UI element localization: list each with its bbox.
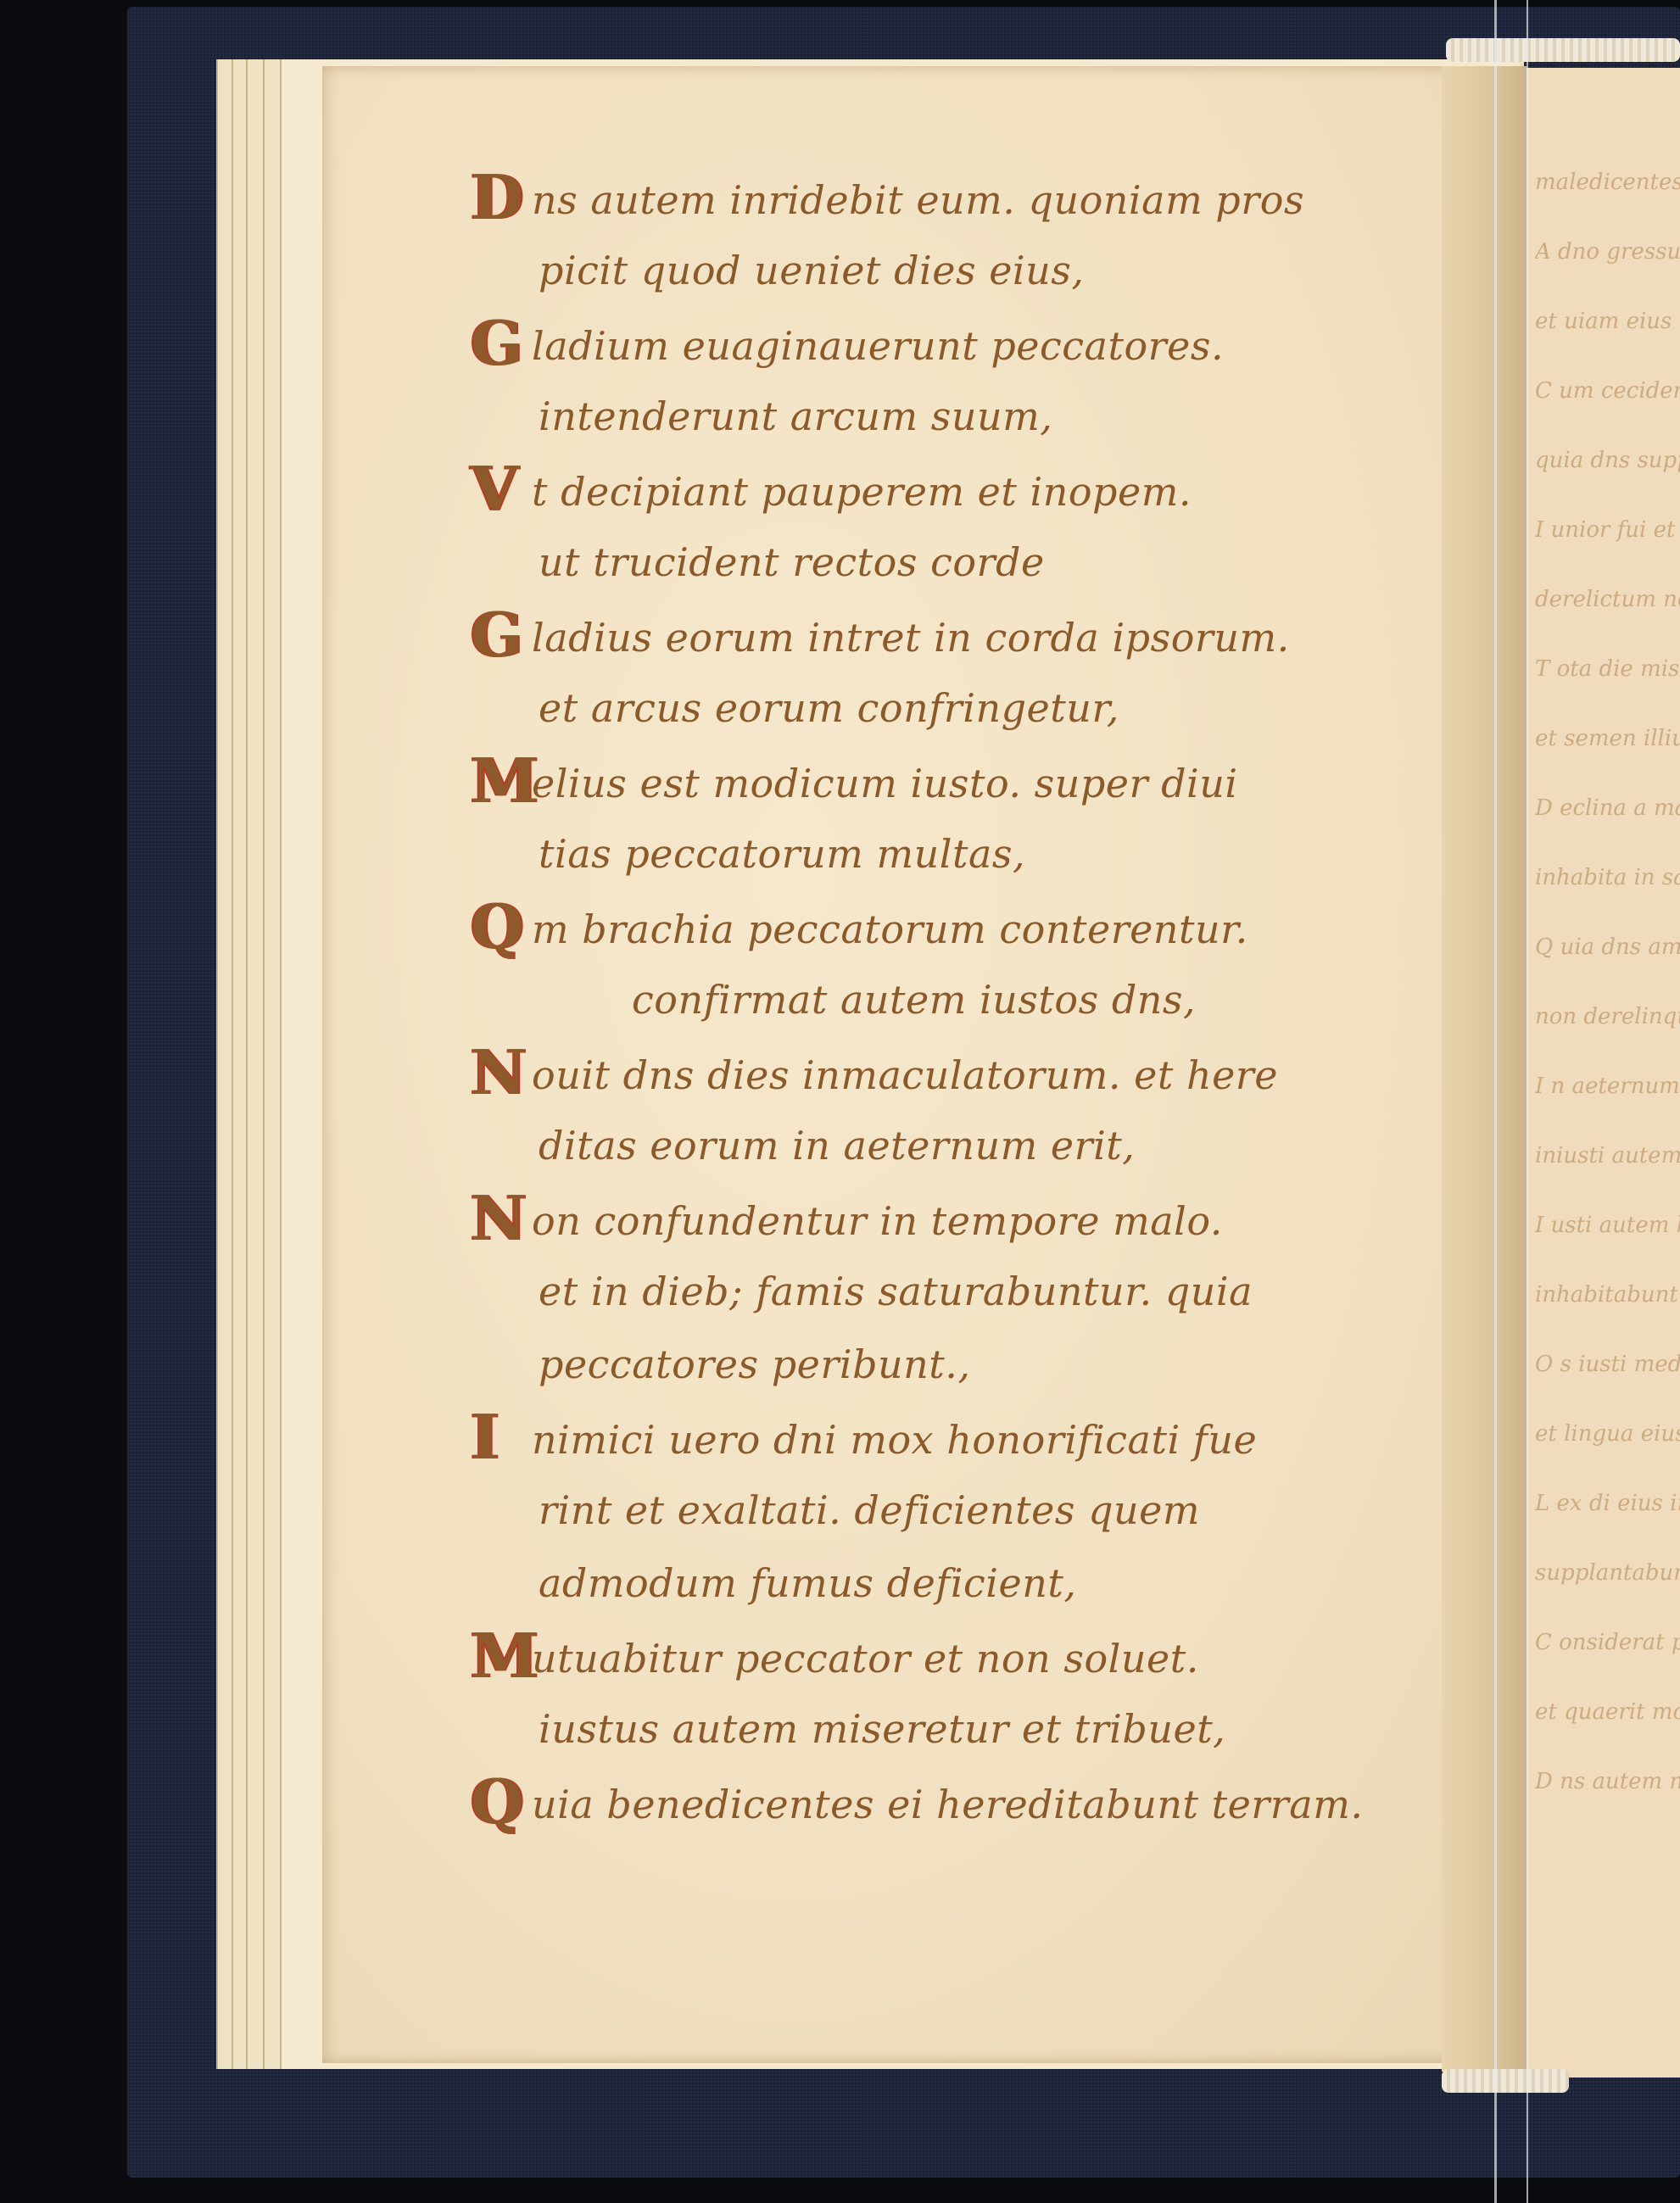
line-text: ditas eorum in aeternum erit,	[539, 1123, 1135, 1168]
facing-page-line: derelictum nec se	[1535, 587, 1680, 612]
facing-page-line: maledicentes autem	[1535, 170, 1680, 195]
facing-page-line: I unior fui et sen	[1535, 517, 1680, 543]
manuscript-line: Melius est modicum iusto. super diui	[471, 745, 1488, 817]
manuscript-text: Dns autem inridebit eum. quoniam prospic…	[471, 161, 1488, 1838]
glass-rod	[1494, 0, 1497, 2203]
manuscript-line: Qm brachia peccatorum conterentur.	[471, 890, 1488, 963]
decorated-initial: G	[471, 307, 532, 380]
line-text: m brachia peccatorum conterentur.	[532, 906, 1248, 952]
facing-page-line: D ns autem non de	[1535, 1769, 1680, 1794]
facing-page-line: quia dns supponit	[1535, 448, 1680, 473]
decorated-initial: N	[471, 1036, 532, 1109]
line-text: utuabitur peccator et non soluet.	[532, 1636, 1199, 1682]
facing-page-line: supplantabuntur	[1535, 1560, 1680, 1586]
binding-tie-top	[1446, 38, 1680, 62]
manuscript-line: Nouit dns dies inmaculatorum. et here	[471, 1036, 1488, 1109]
manuscript-line: iustus autem miseretur et tribuet,	[471, 1693, 1488, 1765]
line-text: ns autem inridebit eum. quoniam pros	[532, 177, 1304, 223]
facing-page-line: I usti autem heredi	[1535, 1213, 1680, 1238]
manuscript-line: ditas eorum in aeternum erit,	[471, 1109, 1488, 1182]
line-text: confirmat autem iustos dns,	[632, 977, 1196, 1023]
facing-page-line: non derelinquet	[1535, 1004, 1680, 1029]
manuscript-line: Quia benedicentes ei hereditabunt terram…	[471, 1765, 1488, 1838]
manuscript-line: Dns autem inridebit eum. quoniam pros	[471, 161, 1488, 234]
facing-page-line: L ex di eius in cor	[1535, 1491, 1680, 1516]
line-text: ut trucident rectos corde	[539, 539, 1045, 585]
manuscript-line: Vt decipiant pauperem et inopem.	[471, 453, 1488, 526]
line-text: peccatores peribunt.,	[539, 1341, 971, 1387]
line-text: picit quod ueniet dies eius,	[539, 248, 1085, 293]
manuscript-line: Mutuabitur peccator et non soluet.	[471, 1620, 1488, 1693]
decorated-initial: Q	[471, 890, 532, 963]
manuscript-line: Inimici uero dni mox honorificati fue	[471, 1401, 1488, 1474]
facing-page-line: et semen illius	[1535, 726, 1680, 751]
decorated-initial: N	[471, 1182, 532, 1255]
decorated-initial: G	[471, 599, 532, 672]
facing-page-line: iniusti autem puni	[1535, 1143, 1680, 1168]
line-text: on confundentur in tempore malo.	[532, 1198, 1223, 1244]
facing-page-line: T ota die miseretur	[1535, 656, 1680, 682]
manuscript-line: confirmat autem iustos dns,	[471, 963, 1488, 1036]
line-text: nimici uero dni mox honorificati fue	[532, 1417, 1257, 1463]
line-text: elius est modicum iusto. super diui	[532, 761, 1238, 806]
manuscript-line: rint et exaltati. deficientes quem	[471, 1474, 1488, 1547]
facing-page-line: C onsiderat peccat	[1535, 1630, 1680, 1655]
manuscript-line: ut trucident rectos corde	[471, 526, 1488, 599]
line-text: ouit dns dies inmaculatorum. et here	[532, 1052, 1278, 1098]
facing-page-line: inhabitabunt in s	[1535, 1282, 1680, 1308]
manuscript-line: Gladius eorum intret in corda ipsorum.	[471, 599, 1488, 672]
facing-page-line: A dno gressus hom	[1535, 239, 1680, 265]
decorated-initial: V	[471, 453, 532, 526]
line-text: et in dieb; famis saturabuntur. quia	[539, 1269, 1253, 1314]
glass-rod	[1527, 0, 1528, 2203]
facing-page-line: I n aeternum conse	[1535, 1074, 1680, 1099]
facing-page-line: inhabita in saecul	[1535, 865, 1680, 890]
line-text: uia benedicentes ei hereditabunt terram.	[532, 1782, 1363, 1827]
line-text: et arcus eorum confringetur,	[539, 685, 1119, 731]
line-text: t decipiant pauperem et inopem.	[532, 469, 1192, 515]
manuscript-line: intenderunt arcum suum,	[471, 380, 1488, 453]
decorated-initial: D	[471, 161, 532, 234]
line-text: ladius eorum intret in corda ipsorum.	[532, 615, 1290, 661]
decorated-initial: M	[471, 745, 532, 817]
facing-page-line: C um ceciderit non	[1535, 378, 1680, 404]
facing-page-line: Q uia dns amat iu	[1535, 934, 1680, 960]
facing-page-line: et uiam eius uolet,	[1535, 309, 1680, 334]
manuscript-line: Non confundentur in tempore malo.	[471, 1182, 1488, 1255]
manuscript-line: peccatores peribunt.,	[471, 1328, 1488, 1401]
facing-page-line: D eclina a malo et f	[1535, 795, 1680, 821]
binding-tie-bottom	[1442, 2069, 1569, 2093]
line-text: admodum fumus deficient,	[539, 1560, 1076, 1606]
manuscript-line: et arcus eorum confringetur,	[471, 672, 1488, 745]
line-text: tias peccatorum multas,	[539, 831, 1025, 877]
decorated-initial: M	[471, 1620, 532, 1693]
manuscript-line: Gladium euaginauerunt peccatores.	[471, 307, 1488, 380]
facing-page-line: et quaerit mortif	[1535, 1699, 1680, 1725]
line-text: intenderunt arcum suum,	[539, 393, 1052, 439]
decorated-initial: I	[471, 1401, 532, 1474]
line-text: iustus autem miseretur et tribuet,	[539, 1706, 1225, 1752]
manuscript-line: admodum fumus deficient,	[471, 1547, 1488, 1620]
line-text: rint et exaltati. deficientes quem	[539, 1487, 1200, 1533]
manuscript-line: tias peccatorum multas,	[471, 817, 1488, 890]
decorated-initial: Q	[471, 1765, 532, 1838]
manuscript-line: et in dieb; famis saturabuntur. quia	[471, 1255, 1488, 1328]
manuscript-line: picit quod ueniet dies eius,	[471, 234, 1488, 307]
facing-page-line: et lingua eius lo	[1535, 1421, 1680, 1447]
facing-page-line: O s iusti meditab	[1535, 1352, 1680, 1377]
line-text: ladium euaginauerunt peccatores.	[532, 323, 1224, 369]
